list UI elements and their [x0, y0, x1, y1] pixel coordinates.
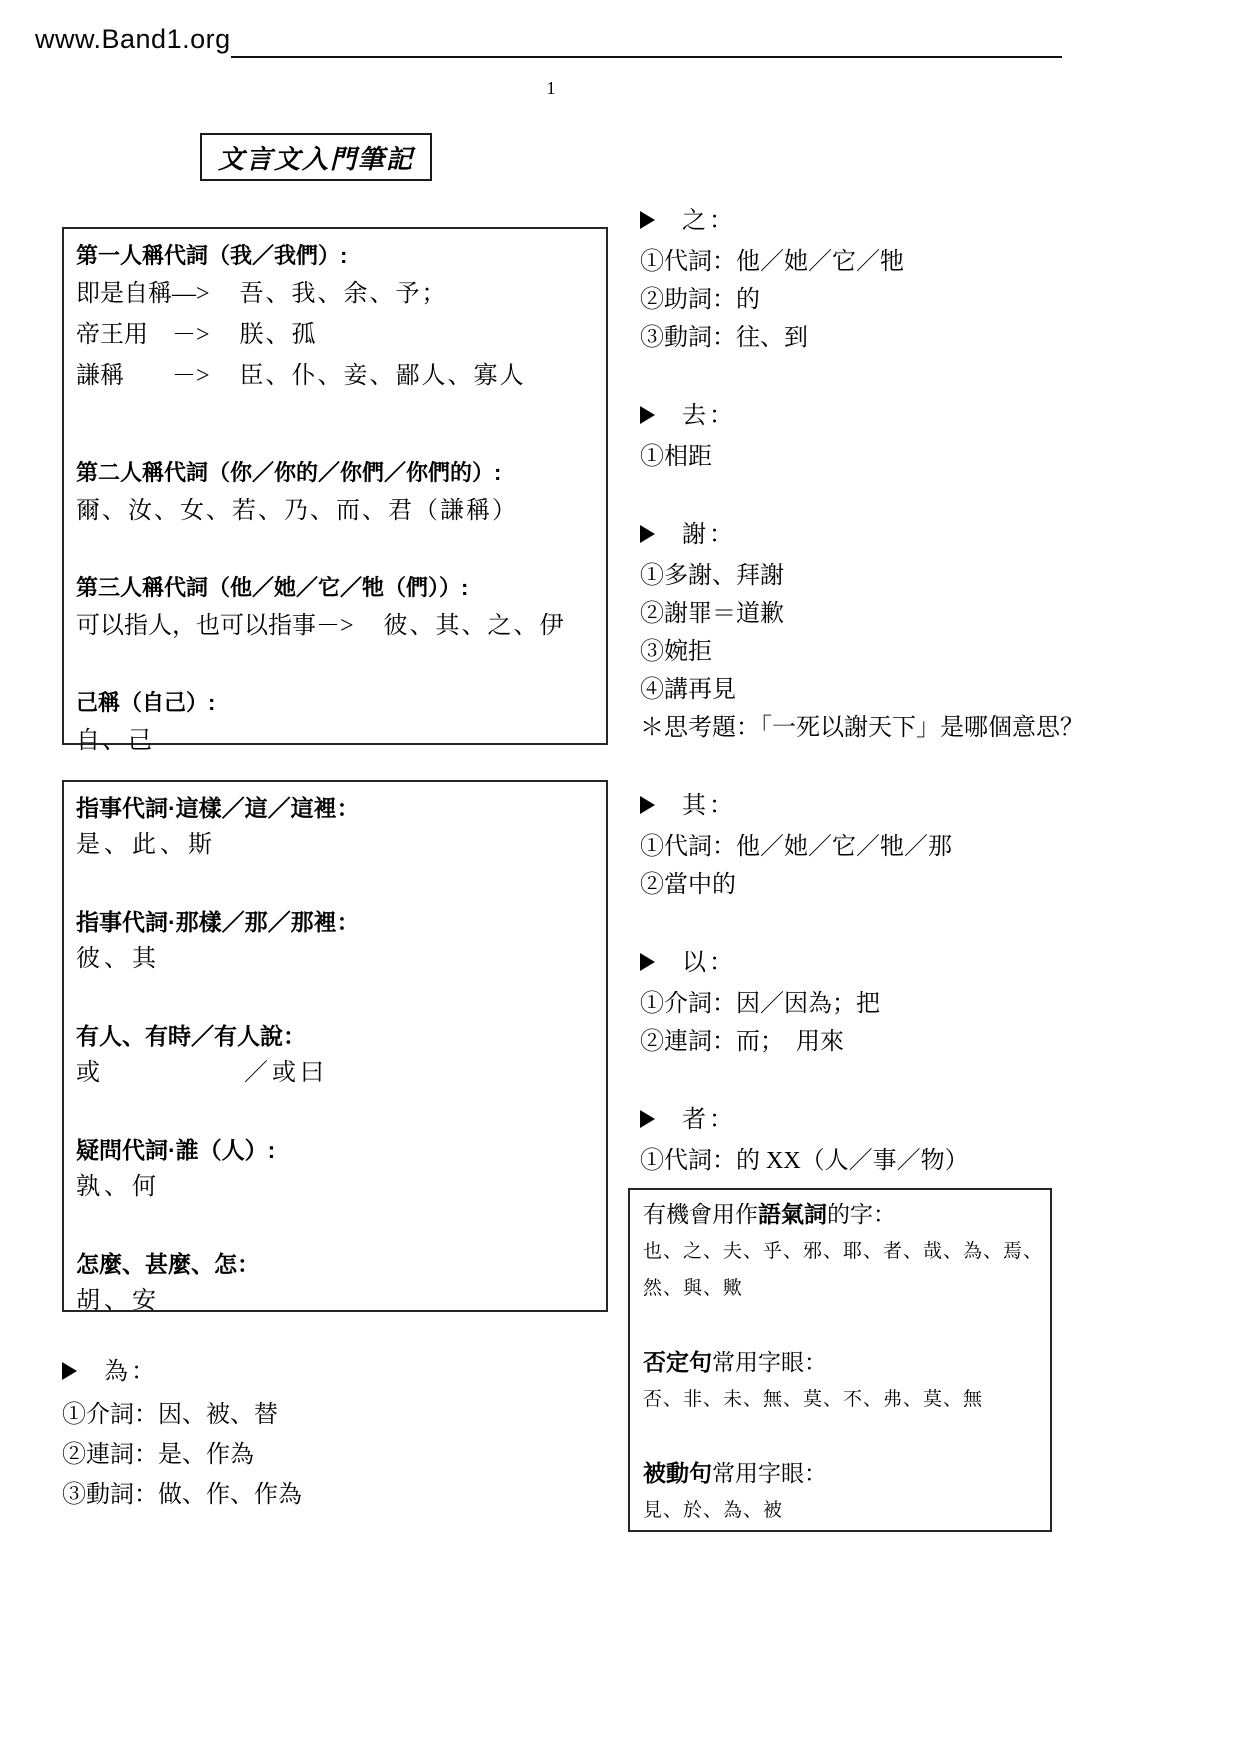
- section-heading: 第二人稱代詞（你／你的／你們／你們的）:: [76, 454, 594, 492]
- pronoun-box-personal: 第一人稱代詞（我／我們）: 即是自稱—>吾、我、余、予； 帝王用 －>朕、孤 謙…: [62, 227, 608, 745]
- section-heading: 指事代詞·這樣／這／這裡：: [76, 790, 594, 827]
- row-words: 爾、汝、女、若、乃、而、君（謙稱）: [76, 498, 518, 524]
- bullet-term: 以：: [682, 950, 736, 976]
- section-row: 帝王用 －>朕、孤: [76, 316, 594, 357]
- section-heading: 被動句常用字眼：: [643, 1455, 1037, 1492]
- arrowhead-bullet-icon: [640, 211, 655, 229]
- heading-post: 常用字眼：: [712, 1461, 827, 1486]
- bullet-item: ①相距: [640, 438, 1140, 476]
- bullet-line: 為：: [62, 1352, 302, 1395]
- section-heading: 疑問代詞·誰（人）:: [76, 1132, 594, 1169]
- section-heading: 否定句常用字眼：: [643, 1344, 1037, 1381]
- page-title: 文言文入門筆記: [218, 139, 414, 176]
- pronoun-box-demonstrative: 指事代詞·這樣／這／這裡： 是、此、斯 指事代詞·那樣／那／那裡： 彼、其 有人…: [62, 780, 608, 1312]
- row-label: 可以指人，也可以指事－>: [76, 613, 354, 639]
- bullet-term: 者：: [682, 1107, 736, 1133]
- header-rule: [231, 56, 1062, 58]
- section-that: 指事代詞·那樣／那／那裡： 彼、其: [76, 904, 594, 980]
- section-third-person: 第三人稱代詞（他／她／它／牠（們））: 可以指人，也可以指事－>彼、其、之、伊: [76, 569, 594, 648]
- words-line: 然、與、歟: [643, 1270, 1037, 1307]
- function-words-box: 有機會用作語氣詞的字： 也、之、夫、乎、邪、耶、者、哉、為、焉、 然、與、歟 否…: [628, 1188, 1052, 1532]
- bullet-item: ①介詞：因／因為；把: [640, 985, 1140, 1023]
- bullet-item: ③動詞：做、作、作為: [62, 1475, 302, 1515]
- bullet-line: 者：: [640, 1101, 1140, 1142]
- bullet-item: ②連詞：而； 用來: [640, 1023, 1140, 1061]
- row-words: 吾、我、余、予；: [240, 281, 448, 307]
- bullet-group-zhe: 者： ①代詞：的 XX（人／事／物）: [640, 1101, 1140, 1180]
- section-someone: 有人、有時／有人說： 或 ／或曰: [76, 1018, 594, 1094]
- row-words: 臣、仆、妾、鄙人、寡人: [240, 363, 526, 389]
- words-line: 否、非、未、無、莫、不、弗、莫、無: [643, 1381, 1037, 1418]
- row-words: 朕、孤: [240, 322, 318, 348]
- section-row: 是、此、斯: [76, 827, 594, 866]
- bullet-term: 去：: [682, 403, 736, 429]
- arrowhead-bullet-icon: [640, 1110, 655, 1128]
- bullet-line: 謝：: [640, 516, 1140, 557]
- heading-bold: 否定句: [643, 1350, 712, 1375]
- bullet-group-qu: 去： ①相距: [640, 397, 1140, 476]
- bullet-line: 其：: [640, 787, 1140, 828]
- bullet-item: ①代詞：他／她／它／牠: [640, 243, 1140, 281]
- row-words: 彼、其、之、伊: [384, 613, 566, 639]
- bullet-group-qi: 其： ①代詞：他／她／它／牠／那 ②當中的: [640, 787, 1140, 904]
- site-url: www.Band1.org: [35, 24, 231, 55]
- section-negative: 否定句常用字眼： 否、非、未、無、莫、不、弗、莫、無: [643, 1344, 1037, 1418]
- bullet-item: ①代詞：的 XX（人／事／物）: [640, 1142, 1140, 1180]
- arrowhead-bullet-icon: [640, 525, 655, 543]
- section-row: 謙稱 －>臣、仆、妾、鄙人、寡人: [76, 357, 594, 398]
- bullet-item: ②連詞：是、作為: [62, 1435, 302, 1475]
- bullet-line: 以：: [640, 944, 1140, 985]
- bullet-item: ①多謝、拜謝: [640, 557, 1140, 595]
- bullet-term: 謝：: [682, 522, 736, 548]
- words-line: 也、之、夫、乎、邪、耶、者、哉、為、焉、: [643, 1233, 1037, 1270]
- bullet-group-yi: 以： ①介詞：因／因為；把 ②連詞：而； 用來: [640, 944, 1140, 1061]
- bullet-item: ③婉拒: [640, 633, 1140, 671]
- bullet-term: 為：: [104, 1359, 158, 1385]
- section-row: 孰、何: [76, 1169, 594, 1208]
- heading-bold: 語氣詞: [758, 1202, 827, 1227]
- row-words: 或 ／或曰: [76, 1060, 328, 1086]
- row-words: 孰、何: [76, 1174, 160, 1200]
- bullet-item: ②助詞：的: [640, 281, 1140, 319]
- section-row: 即是自稱—>吾、我、余、予；: [76, 275, 594, 316]
- arrowhead-bullet-icon: [62, 1362, 77, 1380]
- section-row: 胡、安: [76, 1283, 594, 1322]
- section-this: 指事代詞·這樣／這／這裡： 是、此、斯: [76, 790, 594, 866]
- bullet-item: ①介詞：因、被、替: [62, 1395, 302, 1435]
- words-line: 見、於、為、被: [643, 1492, 1037, 1529]
- row-words: 自、己: [76, 728, 154, 754]
- section-row: 爾、汝、女、若、乃、而、君（謙稱）: [76, 492, 594, 533]
- section-modal-particles: 有機會用作語氣詞的字： 也、之、夫、乎、邪、耶、者、哉、為、焉、 然、與、歟: [643, 1196, 1037, 1307]
- row-words: 是、此、斯: [76, 832, 216, 858]
- bullet-item: ②當中的: [640, 866, 1140, 904]
- section-heading: 有機會用作語氣詞的字：: [643, 1196, 1037, 1233]
- page-number: 1: [536, 78, 566, 99]
- bullet-item: ②謝罪＝道歉: [640, 595, 1140, 633]
- bullet-item-question: ＊思考題：「一死以謝天下」是哪個意思？: [640, 709, 1140, 747]
- arrowhead-bullet-icon: [640, 796, 655, 814]
- heading-post: 的字：: [827, 1202, 896, 1227]
- row-label: 即是自稱—>: [76, 281, 210, 307]
- row-words: 彼、其: [76, 946, 160, 972]
- bullet-group-zhi: 之： ①代詞：他／她／它／牠 ②助詞：的 ③動詞：往、到: [640, 202, 1140, 357]
- section-heading: 有人、有時／有人說：: [76, 1018, 594, 1055]
- row-label: 帝王用 －>: [76, 322, 210, 348]
- bullet-term: 其：: [682, 793, 736, 819]
- heading-pre: 有機會用作: [643, 1202, 758, 1227]
- right-column: 之： ①代詞：他／她／它／牠 ②助詞：的 ③動詞：往、到 去： ①相距 謝： ①…: [640, 202, 1140, 1220]
- heading-post: 常用字眼：: [712, 1350, 827, 1375]
- section-passive: 被動句常用字眼： 見、於、為、被: [643, 1455, 1037, 1529]
- bullet-term: 之：: [682, 208, 736, 234]
- section-heading: 怎麼、甚麼、怎：: [76, 1246, 594, 1283]
- title-box: 文言文入門筆記: [200, 133, 432, 181]
- bullet-line: 之：: [640, 202, 1140, 243]
- section-how: 怎麼、甚麼、怎： 胡、安: [76, 1246, 594, 1322]
- section-second-person: 第二人稱代詞（你／你的／你們／你們的）: 爾、汝、女、若、乃、而、君（謙稱）: [76, 454, 594, 533]
- bullet-item: ③動詞：往、到: [640, 319, 1140, 357]
- bullet-line: 去：: [640, 397, 1140, 438]
- section-row: 或 ／或曰: [76, 1055, 594, 1094]
- bullet-item: ①代詞：他／她／它／牠／那: [640, 828, 1140, 866]
- section-row: 彼、其: [76, 941, 594, 980]
- bullet-group-xie: 謝： ①多謝、拜謝 ②謝罪＝道歉 ③婉拒 ④講再見 ＊思考題：「一死以謝天下」是…: [640, 516, 1140, 747]
- section-first-person: 第一人稱代詞（我／我們）: 即是自稱—>吾、我、余、予； 帝王用 －>朕、孤 謙…: [76, 237, 594, 398]
- document-page: www.Band1.org 1 文言文入門筆記 第一人稱代詞（我／我們）: 即是…: [0, 0, 1240, 1754]
- section-row: 自、己: [76, 722, 594, 763]
- row-label: 謙稱 －>: [76, 363, 210, 389]
- section-heading: 第三人稱代詞（他／她／它／牠（們））:: [76, 569, 594, 607]
- section-self: 己稱（自己）: 自、己: [76, 684, 594, 763]
- heading-bold: 被動句: [643, 1461, 712, 1486]
- section-who: 疑問代詞·誰（人）: 孰、何: [76, 1132, 594, 1208]
- arrowhead-bullet-icon: [640, 406, 655, 424]
- section-row: 可以指人，也可以指事－>彼、其、之、伊: [76, 607, 594, 648]
- section-heading: 己稱（自己）:: [76, 684, 594, 722]
- section-heading: 指事代詞·那樣／那／那裡：: [76, 904, 594, 941]
- arrowhead-bullet-icon: [640, 953, 655, 971]
- section-heading: 第一人稱代詞（我／我們）:: [76, 237, 594, 275]
- row-words: 胡、安: [76, 1288, 160, 1314]
- bullet-item: ④講再見: [640, 671, 1140, 709]
- bullet-group-wei: 為： ①介詞：因、被、替 ②連詞：是、作為 ③動詞：做、作、作為: [62, 1352, 302, 1515]
